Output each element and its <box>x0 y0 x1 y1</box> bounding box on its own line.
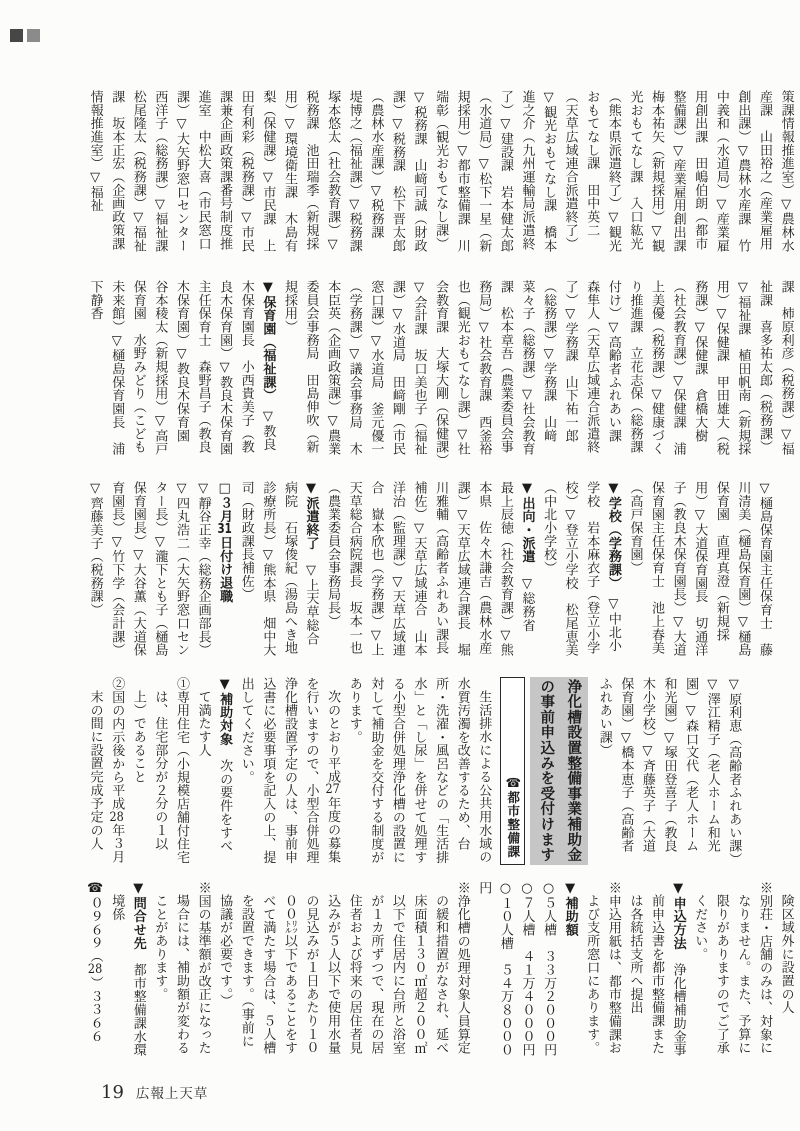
johkaso-contact-strip: ☎都市整備課 <box>500 677 525 865</box>
print-registration-mark <box>10 29 23 42</box>
johkaso-article-body-start: 生活排水による公共用水域の水質汚濁を改善するため、台所・洗濯・風呂などの「生活排… <box>84 677 494 865</box>
page-number: 19 <box>101 1082 124 1103</box>
page-content: 策課情報推進室）▽農林水産課 山田裕之（産業雇用創出課）▽農林水産課 竹中義和（… <box>84 90 734 1059</box>
johkaso-headline-highlight: 浄化槽設置整備事業補助金の事前申込みを受付けます <box>530 677 588 865</box>
personnel-text-band-1: 策課情報推進室）▽農林水産課 山田裕之（産業雇用創出課）▽農林水産課 竹中義和（… <box>84 90 797 260</box>
newsletter-page: 策課情報推進室）▽農林水産課 山田裕之（産業雇用創出課）▽農林水産課 竹中義和（… <box>0 0 800 1131</box>
page-footer: 19 広報上天草 <box>101 1082 208 1103</box>
personnel-band-1: 策課情報推進室）▽農林水産課 山田裕之（産業雇用創出課）▽農林水産課 竹中義和（… <box>84 90 734 260</box>
johkaso-contact: ☎都市整備課 <box>504 775 522 859</box>
personnel-text-band-3: ▽樋島保育園主任保育士 藤川清美（樋島保育園）▽樋島保育園 直理真澄（新規採用）… <box>84 481 775 657</box>
johkaso-headline-box: ☎都市整備課 浄化槽設置整備事業補助金の事前申込みを受付けます <box>500 677 588 865</box>
johkaso-headline: 浄化槽設置整備事業補助金の事前申込みを受付けます <box>532 679 586 863</box>
personnel-text-band-2: 課 柿原利彦（税務課）▽福祉課 喜多祐太郎（税務課）▽福祉課 植田帆南（新規採用… <box>84 280 797 461</box>
personnel-band-3: ▽樋島保育園主任保育士 藤川清美（樋島保育園）▽樋島保育園 直理真澄（新規採用）… <box>84 481 734 657</box>
personnel-text-band-4: ▽原利恵（高齢者ふれあい課）▽澤江精子（老人ホーム和光園）▽森口文代（老人ホーム… <box>594 677 744 865</box>
personnel-band-2: 課 柿原利彦（税務課）▽福祉課 喜多祐太郎（税務課）▽福祉課 植田帆南（新規採用… <box>84 280 734 461</box>
johkaso-article-body-end: ③下水道認可区域外や災害危険区域外に設置の人※別荘・店舗のみは、対象になりません… <box>84 881 800 1059</box>
mixed-band-4: 生活排水による公共用水域の水質汚濁を改善するため、台所・洗濯・風呂などの「生活排… <box>84 677 734 865</box>
print-registration-mark <box>27 29 40 42</box>
johkaso-band-5: ③下水道認可区域外や災害危険区域外に設置の人※別荘・店舗のみは、対象になりません… <box>84 881 734 1059</box>
publication-title: 広報上天草 <box>136 1082 209 1102</box>
